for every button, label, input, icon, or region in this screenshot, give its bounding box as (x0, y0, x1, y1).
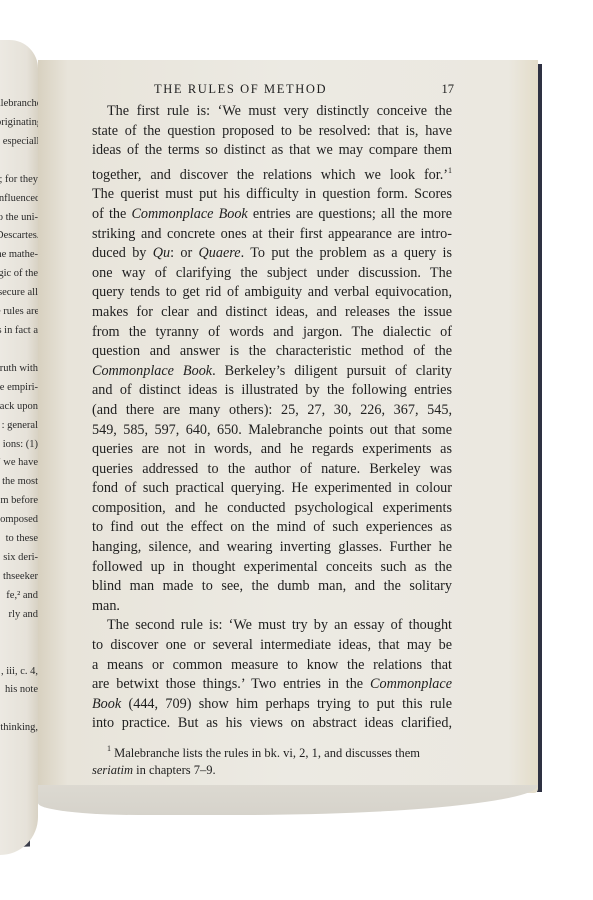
italic-term: Qu (153, 245, 170, 261)
text-span: are betwixt those things.’ Two entries i… (92, 676, 370, 692)
left-line: fe,² and (0, 587, 38, 606)
running-head: THE RULES OF METHOD 17 (92, 80, 452, 102)
left-line: m before (0, 492, 38, 511)
footnote: 1 Malebranche lists the rules in bk. vi,… (92, 740, 452, 779)
left-line: ' we have (0, 454, 38, 473)
left-line: influenced (0, 190, 38, 209)
text-line: queries are not in words, and he regards… (92, 440, 452, 460)
text-line: from the tyranny of words and jargon. Th… (92, 323, 452, 343)
left-line: alebranche (0, 95, 38, 114)
left-line: s especially (0, 133, 38, 152)
left-line: his note (0, 681, 38, 700)
footnote-line: seriatim in chapters 7–9. (92, 762, 452, 779)
italic-title: Book (92, 696, 121, 712)
left-line: the most (0, 473, 38, 492)
text-line: one way of clarifying the subject under … (92, 264, 452, 284)
text-line: The first rule is: ‘We must very distinc… (92, 102, 452, 122)
text-line: Commonplace Book. Berkeley’s diligent pu… (92, 362, 452, 382)
left-line: to these (0, 530, 38, 549)
left-line: secure all (0, 284, 38, 303)
text-span: together, and discover the relations whi… (92, 167, 448, 183)
left-page-text-fragments: alebranche originating s especially '; f… (0, 95, 38, 738)
text-span: in chapters 7–9. (133, 763, 216, 777)
text-span: Malebranche lists the rules in bk. vi, 2… (111, 746, 420, 760)
text-line: composition, and he conducted psychologi… (92, 499, 452, 519)
text-line: makes for clear and distinct ideas, and … (92, 303, 452, 323)
left-line: ruth with (0, 360, 38, 379)
left-line: e empiri- (0, 379, 38, 398)
left-line: gic of the (0, 265, 38, 284)
left-line: Descartes. (0, 227, 38, 246)
text-line: queries addressed to the author of natur… (92, 460, 452, 480)
italic-title: Commonplace Book (92, 363, 212, 379)
text-line: into practice. But as his views on abstr… (92, 714, 452, 734)
text-line: The second rule is: ‘We must try by an e… (92, 616, 452, 636)
left-line: '; for they (0, 171, 38, 190)
text-line: man. (92, 597, 452, 617)
text-line: to discover one or several intermediate … (92, 636, 452, 656)
text-line: ideas of the terms so distinct as that w… (92, 141, 452, 161)
text-line: Book (444, 709) show him perhaps trying … (92, 695, 452, 715)
left-line: : general (0, 417, 38, 436)
italic-term: Quaere (199, 245, 241, 261)
left-line: ack upon (0, 398, 38, 417)
text-line: are betwixt those things.’ Two entries i… (92, 675, 452, 695)
text-line: query tends to get rid of ambiguity and … (92, 283, 452, 303)
left-line: s in fact a (0, 322, 38, 341)
left-line: omposed (0, 511, 38, 530)
left-line: he mathe- (0, 246, 38, 265)
left-page: alebranche originating s especially '; f… (0, 40, 38, 855)
chapter-title: THE RULES OF METHOD (154, 82, 327, 97)
left-line: o the uni- (0, 209, 38, 228)
right-page-text: THE RULES OF METHOD 17 The first rule is… (92, 80, 452, 779)
text-line: 549, 585, 597, 640, 650. Malebranche poi… (92, 421, 452, 441)
left-line: six deri- (0, 549, 38, 568)
text-line: together, and discover the relations whi… (92, 161, 452, 186)
italic-title: Commonplace (370, 676, 452, 692)
text-line: question and answer is the characteristi… (92, 342, 452, 362)
text-span: . Berkeley’s diligent pursuit of clarity (212, 363, 452, 379)
italic-title: Commonplace Book (131, 206, 247, 222)
paragraph-first-rule: The first rule is: ‘We must very distinc… (92, 102, 452, 616)
text-line: followed up in thought experimental conc… (92, 558, 452, 578)
text-line: hanging, silence, and wearing inverting … (92, 538, 452, 558)
paragraph-second-rule: The second rule is: ‘We must try by an e… (92, 616, 452, 734)
text-span: (444, 709) show him perhaps trying to pu… (121, 696, 452, 712)
text-line: and of distinct ideas is illustrated by … (92, 381, 452, 401)
text-line: striking and concrete ones at their firs… (92, 225, 452, 245)
text-line: state of the question proposed to be res… (92, 122, 452, 142)
left-line: ions: (1) (0, 436, 38, 455)
text-span: : or (170, 245, 198, 261)
page-number: 17 (442, 82, 455, 97)
page-bottom-edge (38, 785, 538, 815)
text-line: The querist must put his difficulty in q… (92, 185, 452, 205)
footnote-line: 1 Malebranche lists the rules in bk. vi,… (92, 740, 452, 762)
text-line: to find out the effect on the mind of su… (92, 518, 452, 538)
left-line: thseeker (0, 568, 38, 587)
text-span: of the (92, 206, 131, 222)
text-span: duced by (92, 245, 153, 261)
text-line: fond of such practical querying. He expe… (92, 479, 452, 499)
left-line: e rules are (0, 303, 38, 322)
text-line: duced by Qu: or Quaere. To put the probl… (92, 244, 452, 264)
italic-term: seriatim (92, 763, 133, 777)
text-span: entries are questions; all the more (248, 206, 452, 222)
left-line: originating (0, 114, 38, 133)
text-line: a means or common measure to know the re… (92, 656, 452, 676)
text-line: blind man made to see, the dumb man, and… (92, 577, 452, 597)
left-line: , iii, c. 4, (0, 663, 38, 682)
text-line: of the Commonplace Book entries are ques… (92, 205, 452, 225)
footnote-ref[interactable]: 1 (448, 166, 452, 175)
text-line: (and there are many others): 25, 27, 30,… (92, 401, 452, 421)
left-line: thinking, (0, 719, 38, 738)
text-span: . To put the problem as a query is (241, 245, 452, 261)
left-line: rly and (0, 606, 38, 625)
